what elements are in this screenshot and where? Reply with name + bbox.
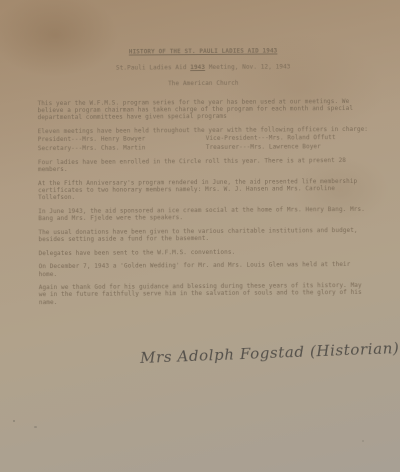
report-circuit-line: The American Church bbox=[37, 79, 369, 89]
paper-speck bbox=[13, 420, 15, 422]
paragraph: Delegates have been sent to the W.F.M.S.… bbox=[38, 247, 370, 257]
officer-right: Vice-President---Mrs. Roland Offutt bbox=[206, 134, 370, 142]
officer-row: Secretary---Mrs. Chas. Martin Treasurer-… bbox=[38, 143, 370, 153]
subtitle-prefix: St.Pauli Ladies Aid bbox=[116, 64, 190, 72]
report-subtitle: St.Pauli Ladies Aid 1943 Meeting, Nov. 1… bbox=[37, 63, 369, 73]
report-title: HISTORY OF THE ST. PAULI LADIES AID 1943 bbox=[37, 47, 369, 57]
paragraph: In June 1943, the aid sponsored an ice c… bbox=[38, 206, 370, 223]
historian-signature: Mrs Adolph Fogstad (Historian) bbox=[140, 339, 400, 367]
paragraph: On December 7, 1943 a 'Golden Wedding' f… bbox=[39, 261, 371, 278]
officer-list: President---Mrs. Henry Bowyer Vice-Presi… bbox=[38, 134, 370, 152]
paragraph: The usual donations have been given to t… bbox=[38, 227, 370, 244]
subtitle-suffix: Meeting, Nov. 12, 1943 bbox=[205, 64, 290, 72]
paragraph: Four ladies have been enrolled in the Ci… bbox=[38, 157, 370, 174]
paper-speck bbox=[34, 426, 37, 428]
paragraph: Again we thank God for his guidance and … bbox=[39, 282, 371, 306]
typed-report: HISTORY OF THE ST. PAULI LADIES AID 1943… bbox=[37, 47, 371, 313]
paper-speck bbox=[362, 440, 364, 442]
paragraph: At the Fifth Anniversary's program rende… bbox=[38, 178, 370, 202]
subtitle-underlined-year: 1943 bbox=[190, 64, 205, 71]
officer-left: Secretary---Mrs. Chas. Martin bbox=[38, 144, 206, 152]
scanned-album-page: HISTORY OF THE ST. PAULI LADIES AID 1943… bbox=[0, 0, 400, 472]
officer-left: President---Mrs. Henry Bowyer bbox=[38, 135, 206, 143]
paragraph: This year the W.F.M.S. program series fo… bbox=[37, 97, 369, 121]
officer-right: Treasurer---Mrs. Lawrence Boyer bbox=[206, 143, 370, 151]
